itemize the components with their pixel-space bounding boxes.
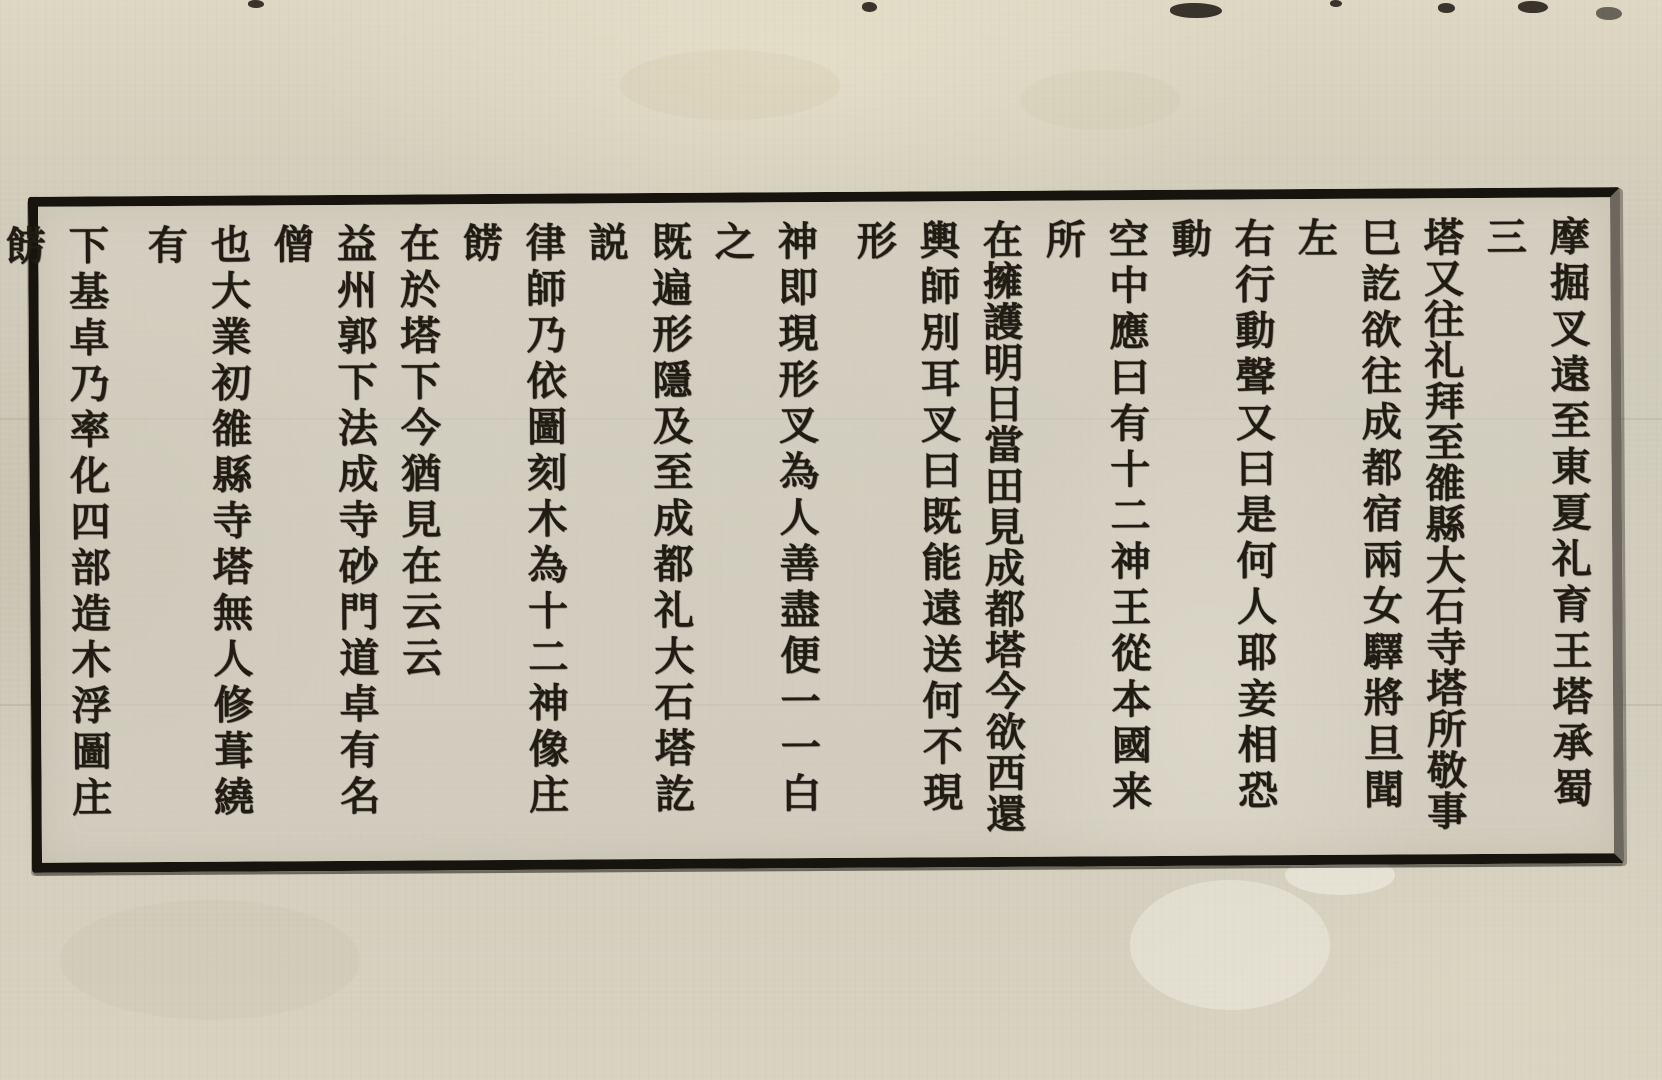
text-column: 也大業初雒縣寺塔無人修葺繞有 — [133, 223, 263, 860]
scanned-page: 摩掘叉遠至東夏礼育王塔承蜀三 塔又往礼拜至雒縣大石寺塔所敬事 巳訖欲往成都宿兩女… — [0, 0, 1662, 1080]
ink-speck — [1170, 3, 1222, 18]
text-column: 益州郭下法成寺砂門道卓有名僧 — [259, 223, 389, 860]
text-column: 律師乃依圖刻木為十二神像庄餝 — [448, 222, 578, 859]
ink-speck — [248, 0, 264, 8]
text-column: 既遍形隱及至成都礼大石塔訖説 — [574, 221, 704, 858]
text-column: 神即現形叉為人善盡便一一白之 — [700, 220, 830, 857]
ink-speck — [1438, 3, 1455, 13]
text-column: 巳訖欲往成都宿兩女驛將旦聞左 — [1283, 216, 1413, 853]
text-column: 在於塔下今猶見在云云 — [385, 222, 452, 858]
text-column: 摩掘叉遠至東夏礼育王塔承蜀三 — [1472, 215, 1602, 852]
text-column: 塔又往礼拜至雒縣大石寺塔所敬事 — [1409, 216, 1476, 852]
text-block: 摩掘叉遠至東夏礼育王塔承蜀三 塔又往礼拜至雒縣大石寺塔所敬事 巳訖欲往成都宿兩女… — [0, 215, 1602, 867]
text-column: 輿師別耳叉曰既能遠送何不現形 — [842, 219, 972, 856]
ink-speck — [862, 2, 877, 12]
text-column: 右行動聲又曰是何人耶妾相恐動 — [1157, 217, 1287, 854]
text-column: 下基卓乃率化四部造木浮圖庄餝 — [0, 224, 121, 861]
paper-stain — [60, 900, 360, 1020]
ink-speck — [1330, 0, 1342, 7]
paper-stain — [1130, 880, 1330, 1010]
ink-speck — [1518, 1, 1548, 13]
paper-stain — [1020, 70, 1180, 130]
text-column: 空中應曰有十二神王從本國来所 — [1031, 218, 1161, 855]
text-column: 在擁護明日當田見成都塔今欲西還 — [968, 219, 1035, 855]
paper-stain — [620, 50, 840, 120]
printed-frame: 摩掘叉遠至東夏礼育王塔承蜀三 塔又往礼拜至雒縣大石寺塔所敬事 巳訖欲往成都宿兩女… — [28, 187, 1624, 873]
ink-speck — [1596, 7, 1622, 20]
